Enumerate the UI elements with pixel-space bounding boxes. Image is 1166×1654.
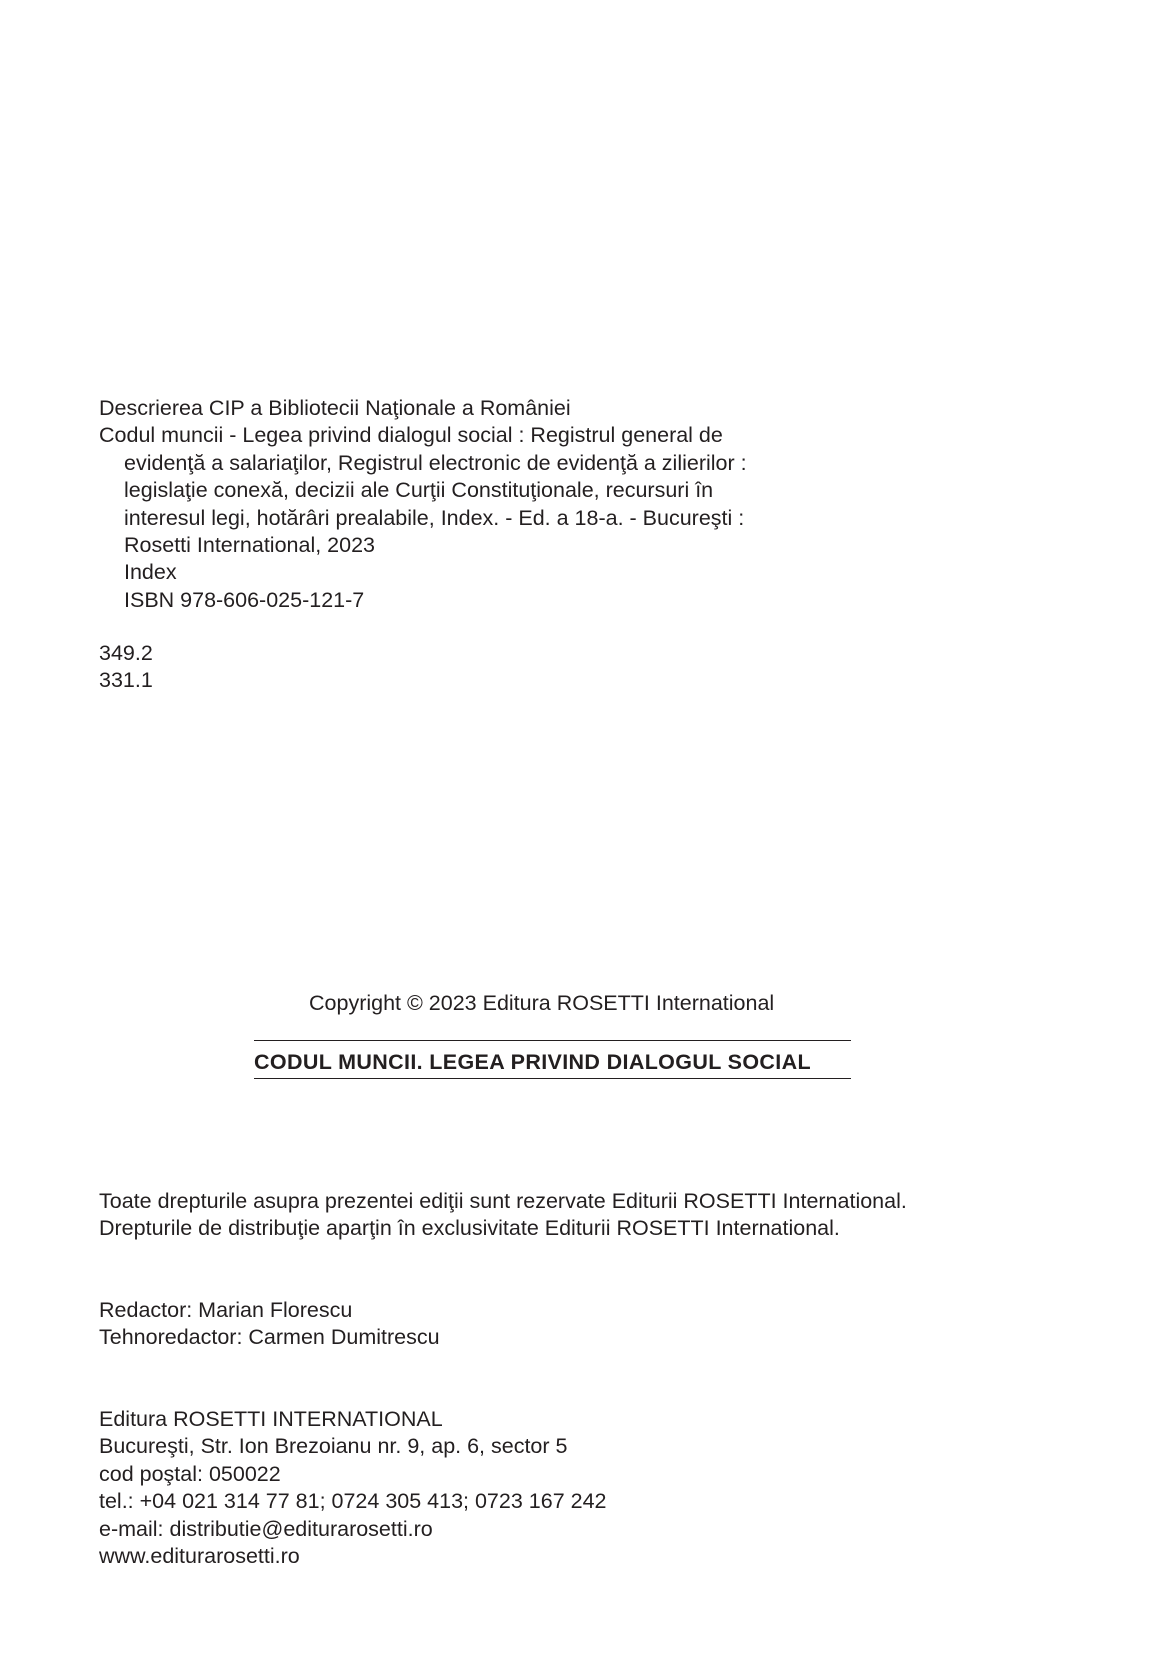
publisher-postal-code: cod poştal: 050022 xyxy=(99,1461,607,1488)
cip-entry-line: legislaţie conexă, decizii ale Curţii Co… xyxy=(99,477,747,504)
editorial-staff: Redactor: Marian Florescu Tehnoredactor:… xyxy=(99,1297,440,1352)
title-rule-divider xyxy=(254,1040,851,1041)
cip-entry-line: Rosetti International, 2023 xyxy=(99,532,747,559)
title-underline-divider xyxy=(254,1078,851,1079)
cip-heading: Descrierea CIP a Bibliotecii Naţionale a… xyxy=(99,395,747,422)
rights-line: Drepturile de distribuţie aparţin în exc… xyxy=(99,1215,907,1242)
cip-entry-line: Codul muncii - Legea privind dialogul so… xyxy=(99,422,747,449)
isbn: ISBN 978-606-025-121-7 xyxy=(99,587,747,614)
cip-description: Descrierea CIP a Bibliotecii Naţionale a… xyxy=(99,395,747,614)
cip-entry-line: Index xyxy=(99,559,747,586)
udc-codes: 349.2 331.1 xyxy=(99,640,153,695)
publisher-address: Bucureşti, Str. Ion Brezoianu nr. 9, ap.… xyxy=(99,1433,607,1460)
udc-code: 349.2 xyxy=(99,640,153,667)
cip-entry-line: evidenţă a salariaţilor, Registrul elect… xyxy=(99,450,747,477)
publisher-name: Editura ROSETTI INTERNATIONAL xyxy=(99,1406,607,1433)
publisher-website[interactable]: www.editurarosetti.ro xyxy=(99,1543,607,1570)
copyright-notice: Copyright © 2023 Editura ROSETTI Interna… xyxy=(309,990,774,1017)
rights-line: Toate drepturile asupra prezentei ediţii… xyxy=(99,1188,907,1215)
publisher-info: Editura ROSETTI INTERNATIONAL Bucureşti,… xyxy=(99,1406,607,1570)
rights-notice: Toate drepturile asupra prezentei ediţii… xyxy=(99,1188,907,1243)
editor: Redactor: Marian Florescu xyxy=(99,1297,440,1324)
technical-editor: Tehnoredactor: Carmen Dumitrescu xyxy=(99,1324,440,1351)
book-title: CODUL MUNCII. LEGEA PRIVIND DIALOGUL SOC… xyxy=(254,1049,851,1076)
publisher-email[interactable]: e-mail: distributie@editurarosetti.ro xyxy=(99,1516,607,1543)
udc-code: 331.1 xyxy=(99,667,153,694)
publisher-phone: tel.: +04 021 314 77 81; 0724 305 413; 0… xyxy=(99,1488,607,1515)
cip-entry-line: interesul legi, hotărâri prealabile, Ind… xyxy=(99,505,747,532)
